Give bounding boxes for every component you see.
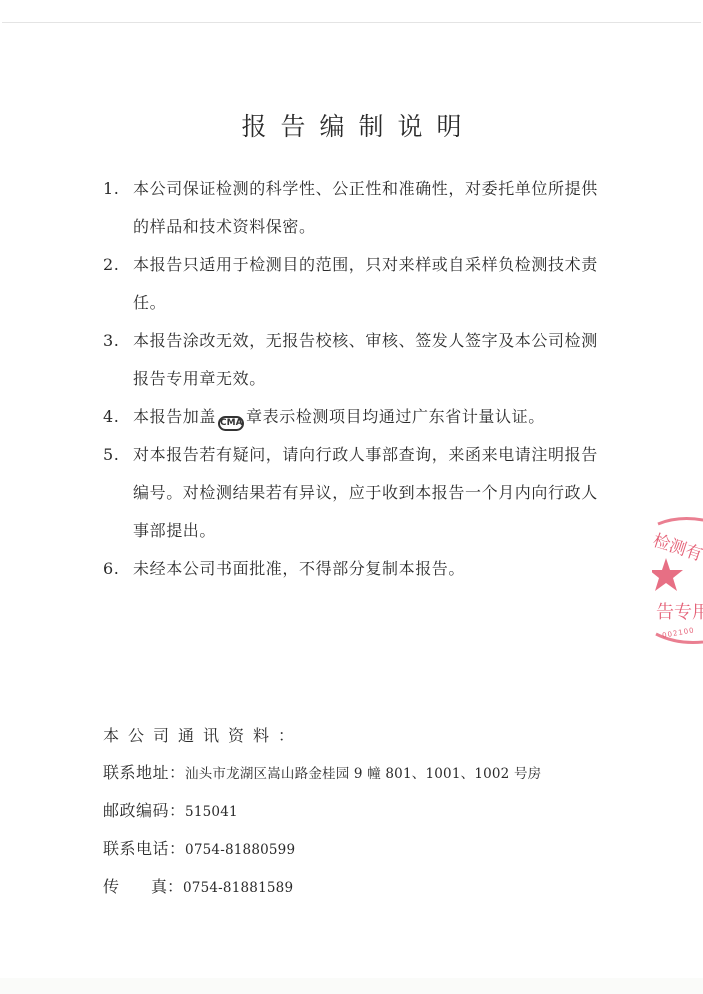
label-colon: ： [167, 873, 183, 901]
instruction-item-5: 5. 对本报告若有疑问，请向行政人事部查询，来函来电请注明报告 编号。对检测结果… [103, 436, 603, 550]
postcode-value: 515041 [185, 804, 238, 820]
contact-heading: 本公司通讯资料： [103, 722, 623, 750]
instruction-item-3: 3. 本报告涂改无效，无报告校核、审核、签发人签字及本公司检测 报告专用章无效。 [103, 322, 603, 398]
item-text-line: 本公司保证检测的科学性、公正性和准确性，对委托单位所提供 [133, 170, 603, 208]
address-value: 汕头市龙湖区嵩山路金桂园 9 幢 801、1001、1002 号房 [185, 766, 541, 782]
company-seal-stamp: 检测有 告专用 002100 [652, 512, 703, 650]
item-text-line: 本报告加盖CMA章表示检测项目均通过广东省计量认证。 [133, 398, 603, 436]
instruction-item-1: 1. 本公司保证检测的科学性、公正性和准确性，对委托单位所提供 的样品和技术资料… [103, 170, 603, 246]
page-top-rule [2, 22, 701, 23]
instruction-item-4: 4. 本报告加盖CMA章表示检测项目均通过广东省计量认证。 [103, 398, 603, 436]
label-colon: ： [169, 759, 185, 787]
fax-value: 0754-81881589 [183, 880, 293, 896]
phone-value: 0754-81880599 [185, 842, 295, 858]
item-number: 1. [103, 170, 133, 208]
contact-phone-row: 联系电话：0754-81880599 [103, 835, 623, 864]
item-text-line: 事部提出。 [133, 512, 603, 550]
item-text-line: 报告专用章无效。 [133, 360, 603, 398]
item-number: 2. [103, 246, 133, 284]
item-text-line: 编号。对检测结果若有异议，应于收到本报告一个月内向行政人 [133, 474, 603, 512]
instruction-item-2: 2. 本报告只适用于检测目的范围，只对来样或自采样负检测技术责 任。 [103, 246, 603, 322]
fax-label: 传真 [103, 873, 167, 901]
item-text-line: 任。 [133, 284, 603, 322]
contact-info-section: 本公司通讯资料： 联系地址：汕头市龙湖区嵩山路金桂园 9 幢 801、1001、… [103, 722, 623, 911]
item-text-line: 的样品和技术资料保密。 [133, 208, 603, 246]
label-colon: ： [169, 797, 185, 825]
item-text-line: 本报告只适用于检测目的范围，只对来样或自采样负检测技术责 [133, 246, 603, 284]
contact-postcode-row: 邮政编码：515041 [103, 797, 623, 826]
address-label: 联系地址 [103, 759, 169, 787]
item-text-line: 对本报告若有疑问，请向行政人事部查询，来函来电请注明报告 [133, 436, 603, 474]
seal-middle-text: 告专用 [656, 598, 703, 624]
item-number: 4. [103, 398, 133, 436]
phone-label: 联系电话 [103, 835, 169, 863]
contact-fax-row: 传真：0754-81881589 [103, 873, 623, 902]
label-colon: ： [169, 835, 185, 863]
instructions-list: 1. 本公司保证检测的科学性、公正性和准确性，对委托单位所提供 的样品和技术资料… [103, 170, 603, 588]
instruction-item-6: 6. 未经本公司书面批准，不得部分复制本报告。 [103, 550, 603, 588]
contact-address-row: 联系地址：汕头市龙湖区嵩山路金桂园 9 幢 801、1001、1002 号房 [103, 759, 623, 788]
page-bottom-band [0, 978, 703, 994]
postcode-label: 邮政编码 [103, 797, 169, 825]
item-text-line: 未经本公司书面批准，不得部分复制本报告。 [133, 550, 603, 588]
item-number: 6. [103, 550, 133, 588]
page-title: 报告编制说明 [0, 107, 703, 143]
item-number: 3. [103, 322, 133, 360]
item-number: 5. [103, 436, 133, 474]
item-text-before-logo: 本报告加盖 [133, 407, 216, 426]
item-text-after-logo: 章表示检测项目均通过广东省计量认证。 [246, 407, 545, 426]
seal-star-icon [652, 558, 683, 591]
cma-certification-icon: CMA [218, 416, 244, 431]
item-text-line: 本报告涂改无效，无报告校核、审核、签发人签字及本公司检测 [133, 322, 603, 360]
